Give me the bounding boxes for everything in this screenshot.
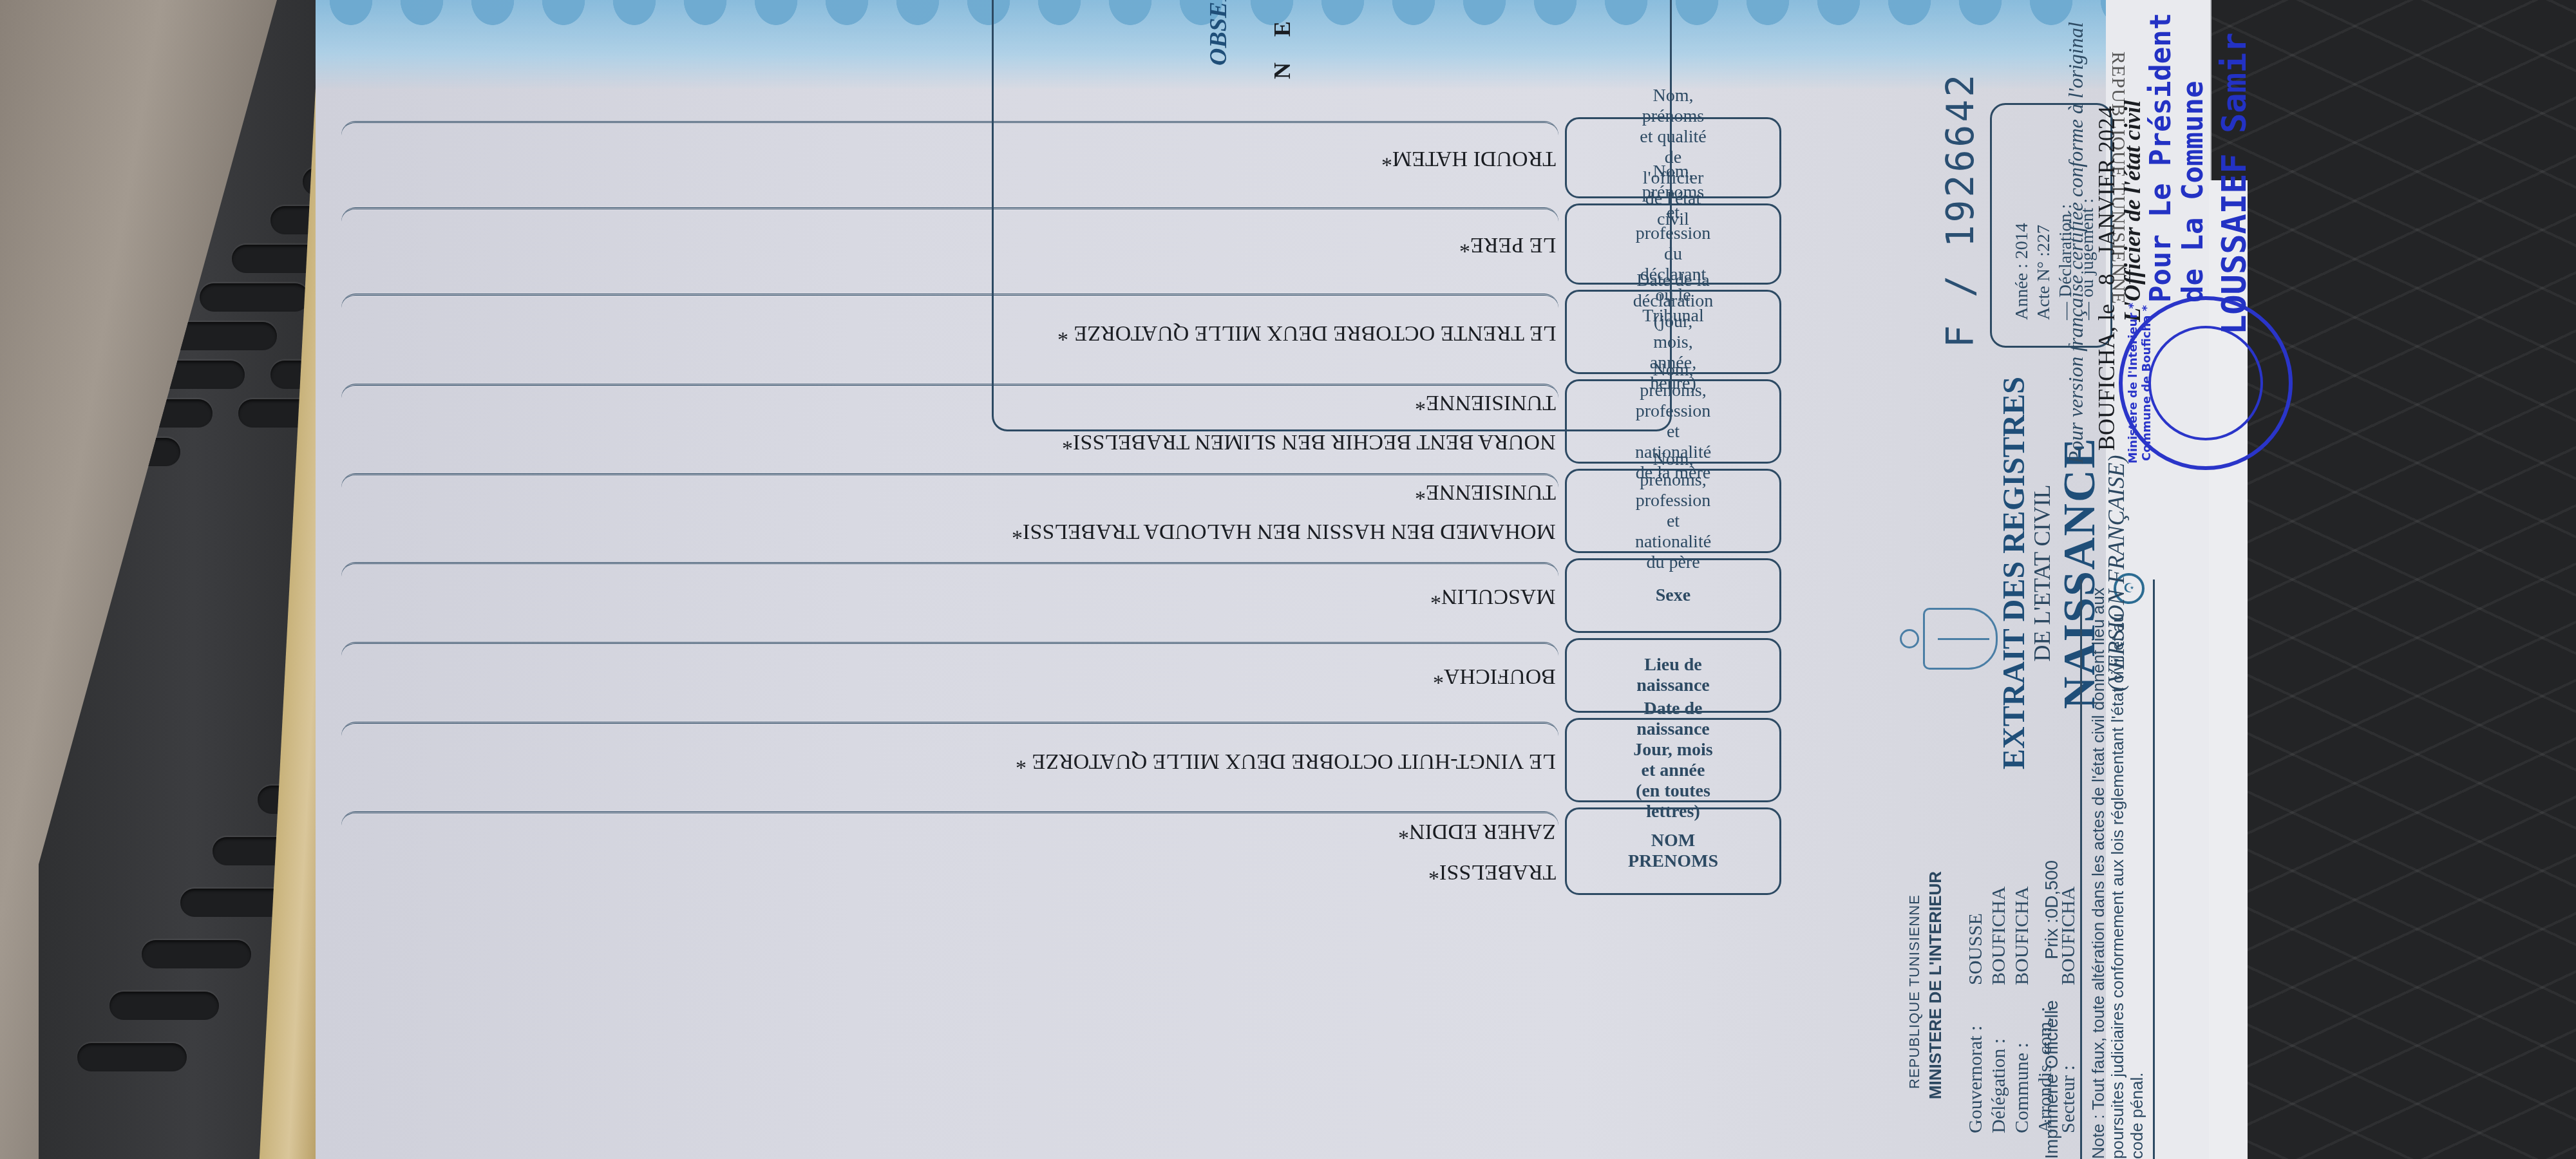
issue-le: , le — [2094, 304, 2119, 332]
field-label-text: NOM PRENOMS — [1628, 831, 1718, 872]
ministry-label: MINISTERE DE L'INTERIEUR — [1926, 837, 1946, 1133]
imprimerie-label: Imprimerie Officielle — [2041, 1000, 2062, 1159]
acte-label: Acte N° : — [2034, 252, 2054, 320]
price-label: Prix :0D,500 — [2041, 860, 2062, 959]
field-label-text: Date de naissance Jour, mois et année (e… — [1633, 699, 1714, 822]
location-value: SOUSSE — [1964, 913, 1987, 985]
location-label: Délégation : — [1987, 985, 2011, 1133]
title-etat-civil: DE L'ETAT CIVIL — [2029, 348, 2056, 798]
legal-note: Note : Tout faux, toute altération dans … — [2080, 579, 2155, 1159]
location-block: Gouvernorat :SOUSSEDélégation :BOUFICHAC… — [1964, 798, 2080, 1133]
field-value-text: LE VINGT-HUIT OCTOBRE DEUX MILLE QUATORZ… — [1016, 749, 1556, 773]
field-value: MOHAMED BEN HASSIN BEN HALOUDA TRABELSSI… — [341, 513, 1558, 553]
annee-value: 2014 — [2012, 223, 2032, 259]
annee-label: Année : — [2012, 263, 2032, 320]
location-value: BOUFICHA — [2011, 887, 2034, 985]
issue-day: 8 — [2094, 274, 2119, 285]
republic-label: REPUBLIQUE TUNISIENNE — [1906, 863, 1923, 1120]
field-label: Lieu de naissance — [1565, 638, 1781, 713]
field-value: LE VINGT-HUIT OCTOBRE DEUX MILLE QUATORZ… — [341, 722, 1558, 802]
field-value-text: ZAHER EDDIN* — [1398, 819, 1556, 843]
acte-value: 227 — [2034, 225, 2054, 252]
officer-title: L'Officier de l'état civil — [2119, 100, 2146, 322]
observations-title: OBSERVATIONS — [1204, 0, 1233, 431]
field-value-text: TUNISIENNE* — [1415, 480, 1556, 505]
stamp-line-2: de La Commune — [2177, 81, 2210, 303]
location-label: Gouvernorat : — [1964, 985, 1987, 1133]
observations-value: NEANT — [1269, 0, 1296, 431]
stamp-ring-text: Ministère de l'Intérieur * Commune de Bo… — [2126, 300, 2154, 466]
birth-certificate: REPUBLIQUE TUNISIENNE MINISTERE DE L'INT… — [316, 0, 2106, 1159]
document-upright-layout: REPUBLIQUE TUNISIENNE MINISTERE DE L'INT… — [316, 0, 2106, 1159]
field-label-text: Sexe — [1638, 585, 1709, 606]
field-value-text: MOHAMED BEN HASSIN BEN HALOUDA TRABELSSI… — [1012, 519, 1556, 543]
issue-month-year: JANVIER 2024 — [2094, 106, 2119, 255]
field-value-text: BOUFICHA* — [1433, 664, 1556, 689]
field-value-text: MASCULIN* — [1430, 585, 1556, 609]
field-value: MASCULIN* — [341, 562, 1558, 633]
field-value: TUNISIENNE* — [341, 473, 1558, 513]
stamp-line-1: Pour Le Président — [2145, 13, 2177, 303]
certification-text: Pour version française certifiée conform… — [2064, 0, 2088, 464]
coat-of-arms-icon — [1900, 608, 1998, 670]
field-value: ZAHER EDDIN* — [341, 811, 1558, 853]
location-label: Commune : — [2011, 985, 2034, 1133]
field-label: Date de naissance Jour, mois et année (e… — [1565, 718, 1781, 802]
location-row: Commune :BOUFICHA — [2011, 798, 2034, 1133]
field-value: BOUFICHA* — [341, 642, 1558, 713]
title-extrait: EXTRAIT DES REGISTRES — [1996, 348, 2032, 798]
location-row: Délégation :BOUFICHA — [1987, 798, 2011, 1133]
issue-place-date: BOUFICHA, le 8 JANVIER 2024 — [2093, 106, 2120, 451]
field-value: TRABELSSI* — [341, 853, 1558, 895]
field-value-text: NOURA BENT BECHIR BEN SLIMEN TRABELSSI* — [1062, 429, 1556, 454]
issue-place: BOUFICHA — [2094, 332, 2119, 451]
field-label-text: Lieu de naissance — [1636, 655, 1710, 696]
serial-number: F / 1926642 — [1938, 72, 1982, 348]
field-value-text: TRABELSSI* — [1428, 860, 1556, 885]
observations-box — [992, 0, 1672, 431]
stamp-signatory: LOUSSAIEF Samir — [2215, 32, 2254, 335]
commune-stamp: Ministère de l'Intérieur * Commune de Bo… — [2119, 296, 2293, 470]
location-value: BOUFICHA — [1987, 887, 2011, 985]
location-row: Gouvernorat :SOUSSE — [1964, 798, 1987, 1133]
